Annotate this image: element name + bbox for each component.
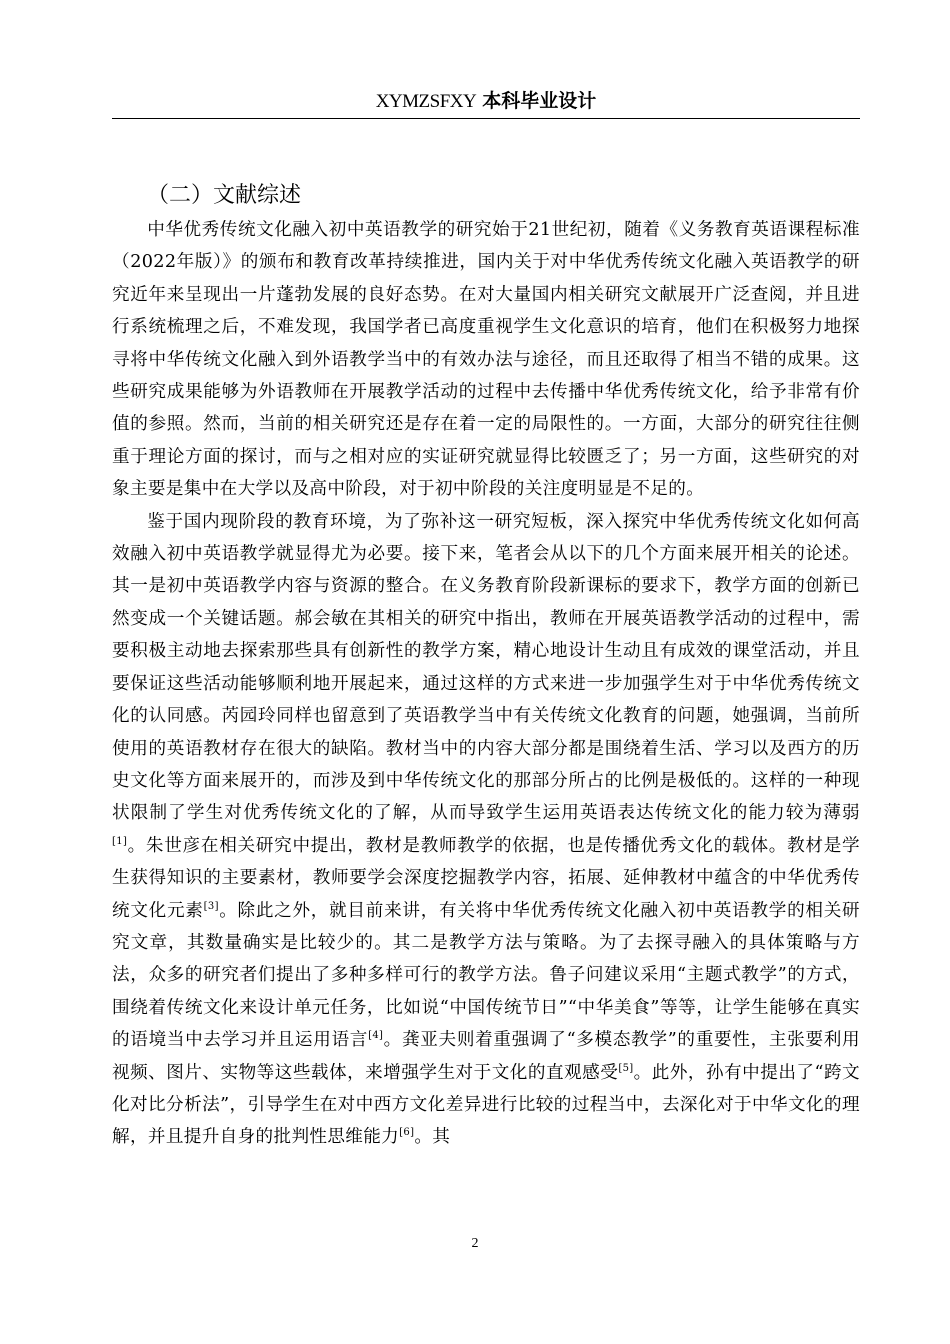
- paragraph-text: 。除此之外，就目前来讲，有关将中华优秀传统文化融入初中英语教学的相关研究文章，其…: [112, 901, 860, 1051]
- paragraph-text: 。其: [414, 1127, 450, 1147]
- header-divider: [112, 118, 860, 119]
- page-header: XYMZSFXY 本科毕业设计: [112, 88, 860, 115]
- paragraph-1: 中华优秀传统文化融入初中英语教学的研究始于21世纪初，随着《义务教育英语课程标准…: [112, 214, 860, 506]
- citation-marker: [3]: [204, 901, 219, 912]
- section-heading: （二）文献综述: [147, 180, 301, 212]
- paragraph-text: 中华优秀传统文化融入初中英语教学的研究始于21世纪初，随着《义务教育英语课程标准…: [112, 220, 860, 499]
- citation-marker: [6]: [399, 1128, 414, 1139]
- paragraph-text: 鉴于国内现阶段的教育环境，为了弥补这一研究短板，深入探究中华优秀传统文化如何高效…: [112, 512, 860, 824]
- paragraph-2: 鉴于国内现阶段的教育环境，为了弥补这一研究短板，深入探究中华优秀传统文化如何高效…: [112, 506, 860, 1154]
- header-title: 本科毕业设计: [482, 90, 596, 112]
- header-school-code: XYMZSFXY: [376, 91, 477, 112]
- body-text: 中华优秀传统文化融入初中英语教学的研究始于21世纪初，随着《义务教育英语课程标准…: [112, 214, 860, 1154]
- citation-marker: [1]: [112, 836, 127, 847]
- citation-marker: [5]: [618, 1063, 633, 1074]
- page-number: 2: [0, 1236, 950, 1252]
- citation-marker: [4]: [368, 1030, 383, 1041]
